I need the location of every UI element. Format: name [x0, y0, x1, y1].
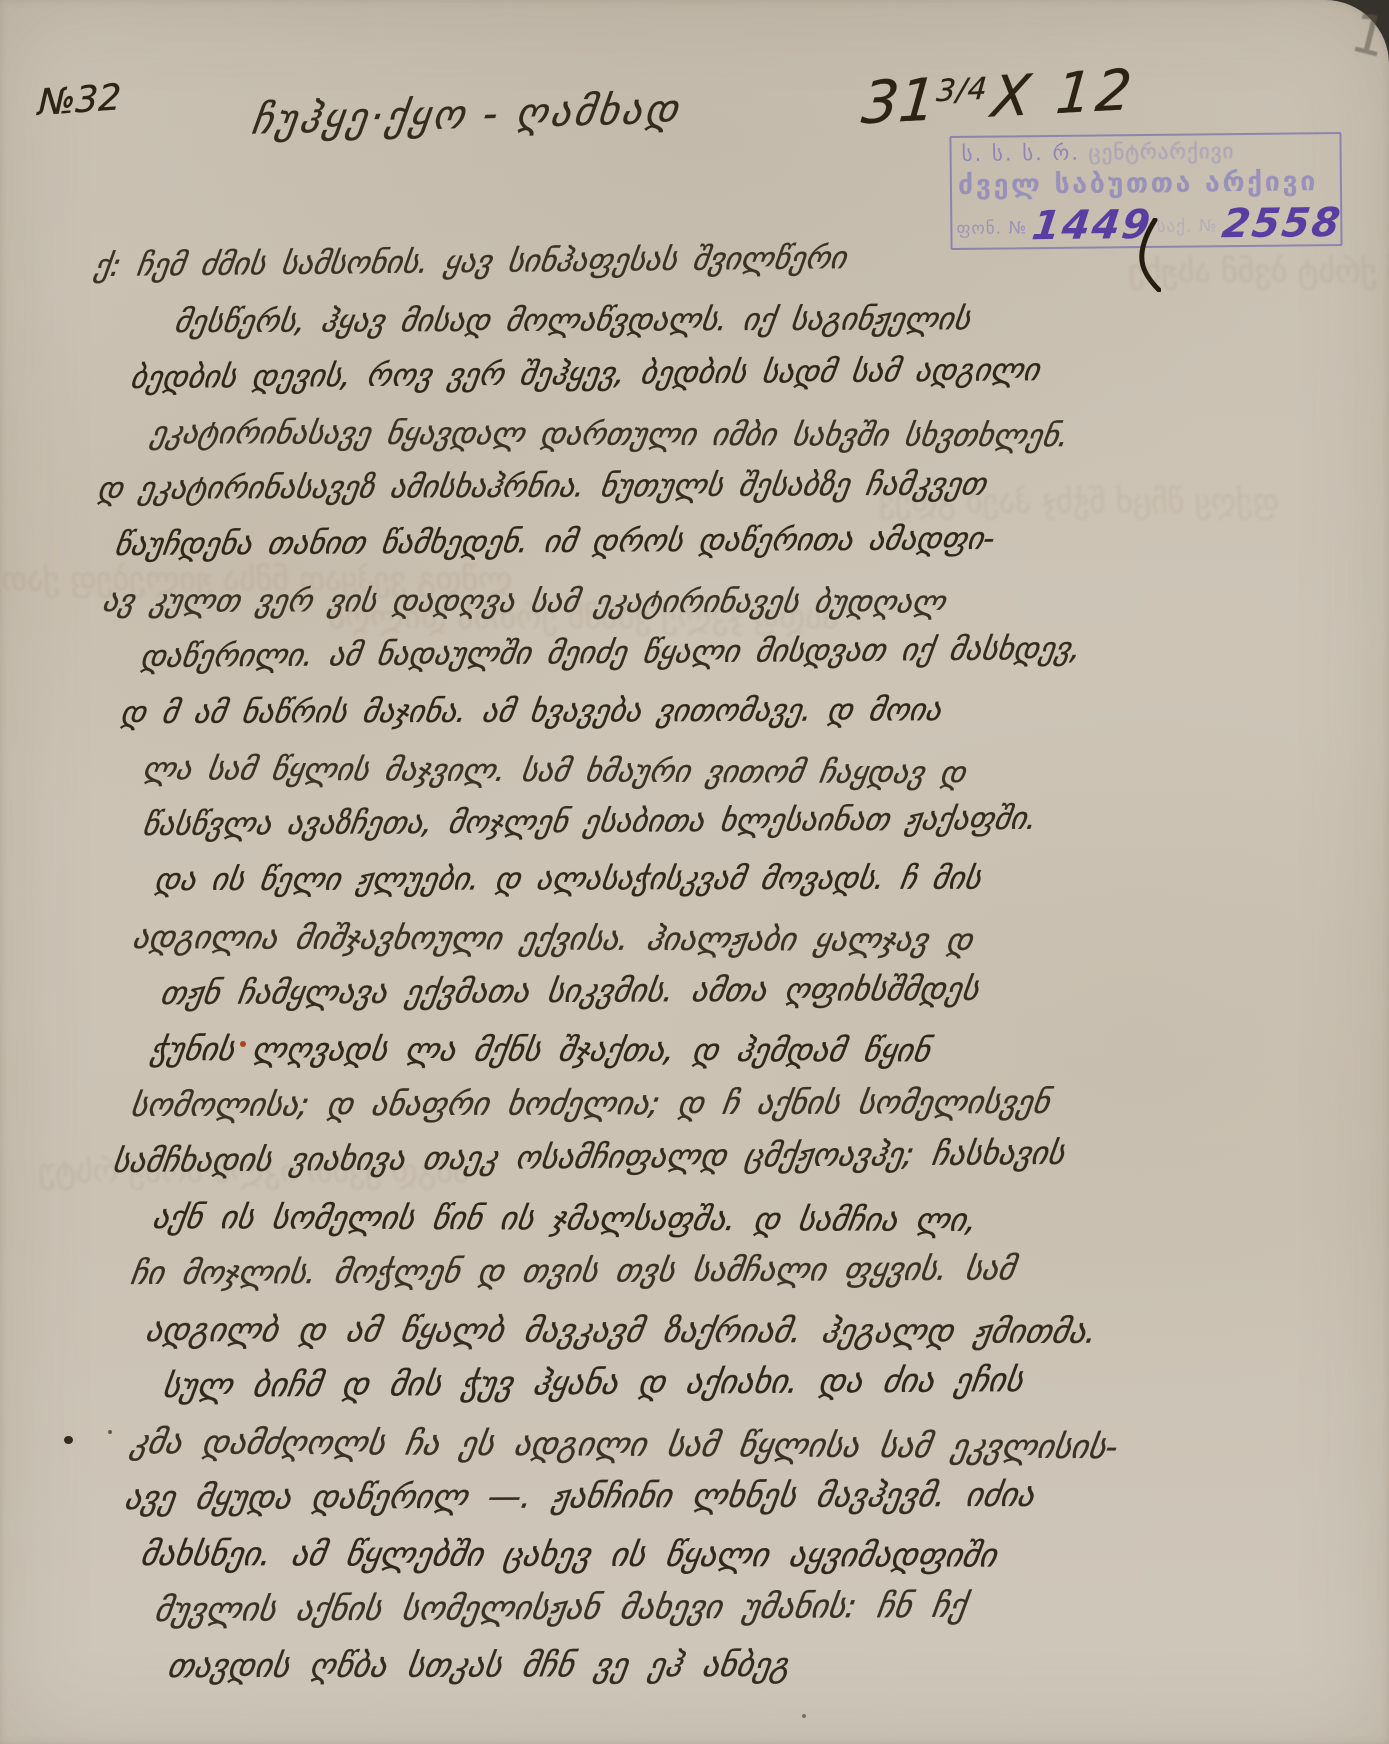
- manuscript-line: ეკატირინასავე ნყავდალ დართული იმბი სახვშ…: [148, 415, 1071, 454]
- manuscript-line: ქ: ჩემ ძმის სამსონის. ყავ სინჰაფესას შვი…: [92, 240, 849, 284]
- manuscript-line: ადგილბ დ ამ წყალბ მავკავმ ზაქრიამ. ჰეგალ…: [143, 1310, 1100, 1351]
- manuscript-line: დ მ ამ ნაწრის მაჯინა. ამ ხვავება ვითომავ…: [118, 692, 944, 731]
- bottom-ink-speck: [802, 1714, 806, 1718]
- manuscript-line: ჭუნის ლღვადს ლა მქნს შჯაქთა, დ ჰემდამ წყ…: [148, 1030, 933, 1069]
- margin-ink-dot-small: [108, 1430, 112, 1434]
- manuscript-line: აქნ ის სომელის წინ ის ჯმალსაფშა. დ სამჩი…: [150, 1198, 980, 1239]
- manuscript-line: ავ კულთ ვერ ვის დადღვა სამ ეკატირინავეს …: [100, 583, 948, 620]
- manuscript-line: ჩი მოჯლის. მოჭლენ დ თვის თვს სამჩალი ფყვ…: [128, 1249, 1018, 1292]
- manuscript-line: ლა სამ წყლის მაჯვილ. სამ ხმაური ვითომ ჩა…: [140, 751, 969, 791]
- stamp-case-number: 2558: [1219, 200, 1344, 247]
- date-suffix: X 12: [989, 58, 1138, 131]
- manuscript-line: და ის წელი ჟლუები. დ ალასაჭისკვამ მოვადს…: [152, 861, 984, 898]
- stamp-org-line: ს. ს. ს. რ. ცენტრარქივი: [961, 139, 1234, 166]
- archive-number: №32: [37, 77, 121, 124]
- red-ink-speck: [240, 1041, 246, 1047]
- date-fraction: 3/4: [935, 71, 989, 109]
- manuscript-line: სომოლისა; დ ანაფრი ხოძელია; დ ჩ აქნის სო…: [128, 1083, 1053, 1124]
- date-notation: 313/4 X 12: [859, 55, 1138, 138]
- stamp-org-abbrev: ს. ს. ს. რ.: [961, 141, 1080, 166]
- stamp-archive-title: ძველ საბუთთა არქივი: [958, 166, 1318, 201]
- manuscript-line: კმა დამძღოლს ჩა ეს ადგილი სამ წყლისა სამ…: [128, 1422, 1121, 1466]
- manuscript-line: ავე მყუდა დაწერილ —. ჟანჩინი ლხნეს მავჰე…: [122, 1475, 1037, 1517]
- manuscript-line: სულ ბიჩმ დ მის ჭუვ ჰყანა დ აქიახი. და ძი…: [160, 1360, 1026, 1405]
- manuscript-line: ბედბის დევის, როვ ვერ შეჰყევ, ბედბის სად…: [128, 352, 1042, 396]
- manuscript-line: მესწერს, ჰყავ მისად მოლაწვდალს. იქ საგინ…: [172, 301, 973, 340]
- date-prefix: 31: [859, 65, 939, 137]
- manuscript-line: დაწერილი. ამ ნადაულში მეიძე წყალი მისდვა…: [138, 631, 1083, 675]
- manuscript-line: დ ეკატირინასავეზ ამისხაჰრნია. ნუთულს შეს…: [95, 466, 989, 507]
- margin-ink-dot: [64, 1436, 73, 1444]
- manuscript-line: წაუჩდენა თანით წამხედენ. იმ დროს დაწერით…: [112, 521, 997, 563]
- manuscript-line: ადგილია მიშჯავხოული ექვისა. ჰიალჟაბი ყალ…: [130, 918, 976, 959]
- manuscript-line: თავდის ღწბა სთკას მჩნ ვე ეჰ ანბეგ: [165, 1645, 793, 1685]
- manuscript-line: მუვლის აქნის სომელისჟან მახევი უმანის: ჩ…: [152, 1586, 969, 1629]
- stamp-case-label: საქ. №: [1157, 216, 1218, 237]
- stamp-org-name: ცენტრარქივი: [1089, 139, 1235, 165]
- header-inscription: ჩუჰყე·ქყო - ღამხად: [249, 86, 685, 143]
- manuscript-line: სამჩხადის ვიახივა თაეკ ოსამჩიფალდ ცმქჟოა…: [110, 1134, 1067, 1180]
- stamp-fond-label: ფონ. №: [956, 218, 1027, 239]
- manuscript-scan: №32 ჩუჰყე·ქყო - ღამხად 313/4 X 12 ს. ს. …: [0, 0, 1389, 1744]
- manuscript-line: წასწვლა ავაზჩეთა, მოჯლენ ესაბითა ხლესაინ…: [140, 801, 1039, 843]
- manuscript-line: თჟნ ჩამყლავა ექვმათა სიკვმის. ამთა ღფიხს…: [158, 970, 982, 1012]
- paper-sheet: №32 ჩუჰყე·ქყო - ღამხად 313/4 X 12 ს. ს. …: [0, 0, 1389, 1744]
- manuscript-line: მახსნეი. ამ წყლებში ცახევ ის წყალი აყვიმ…: [138, 1534, 1000, 1574]
- bleed-through-ghost: დფგჰ ჯკლწ ქრსტ ბვნმ ასჟხე: [1127, 252, 1389, 290]
- pencil-page-number: 1: [1345, 1, 1389, 70]
